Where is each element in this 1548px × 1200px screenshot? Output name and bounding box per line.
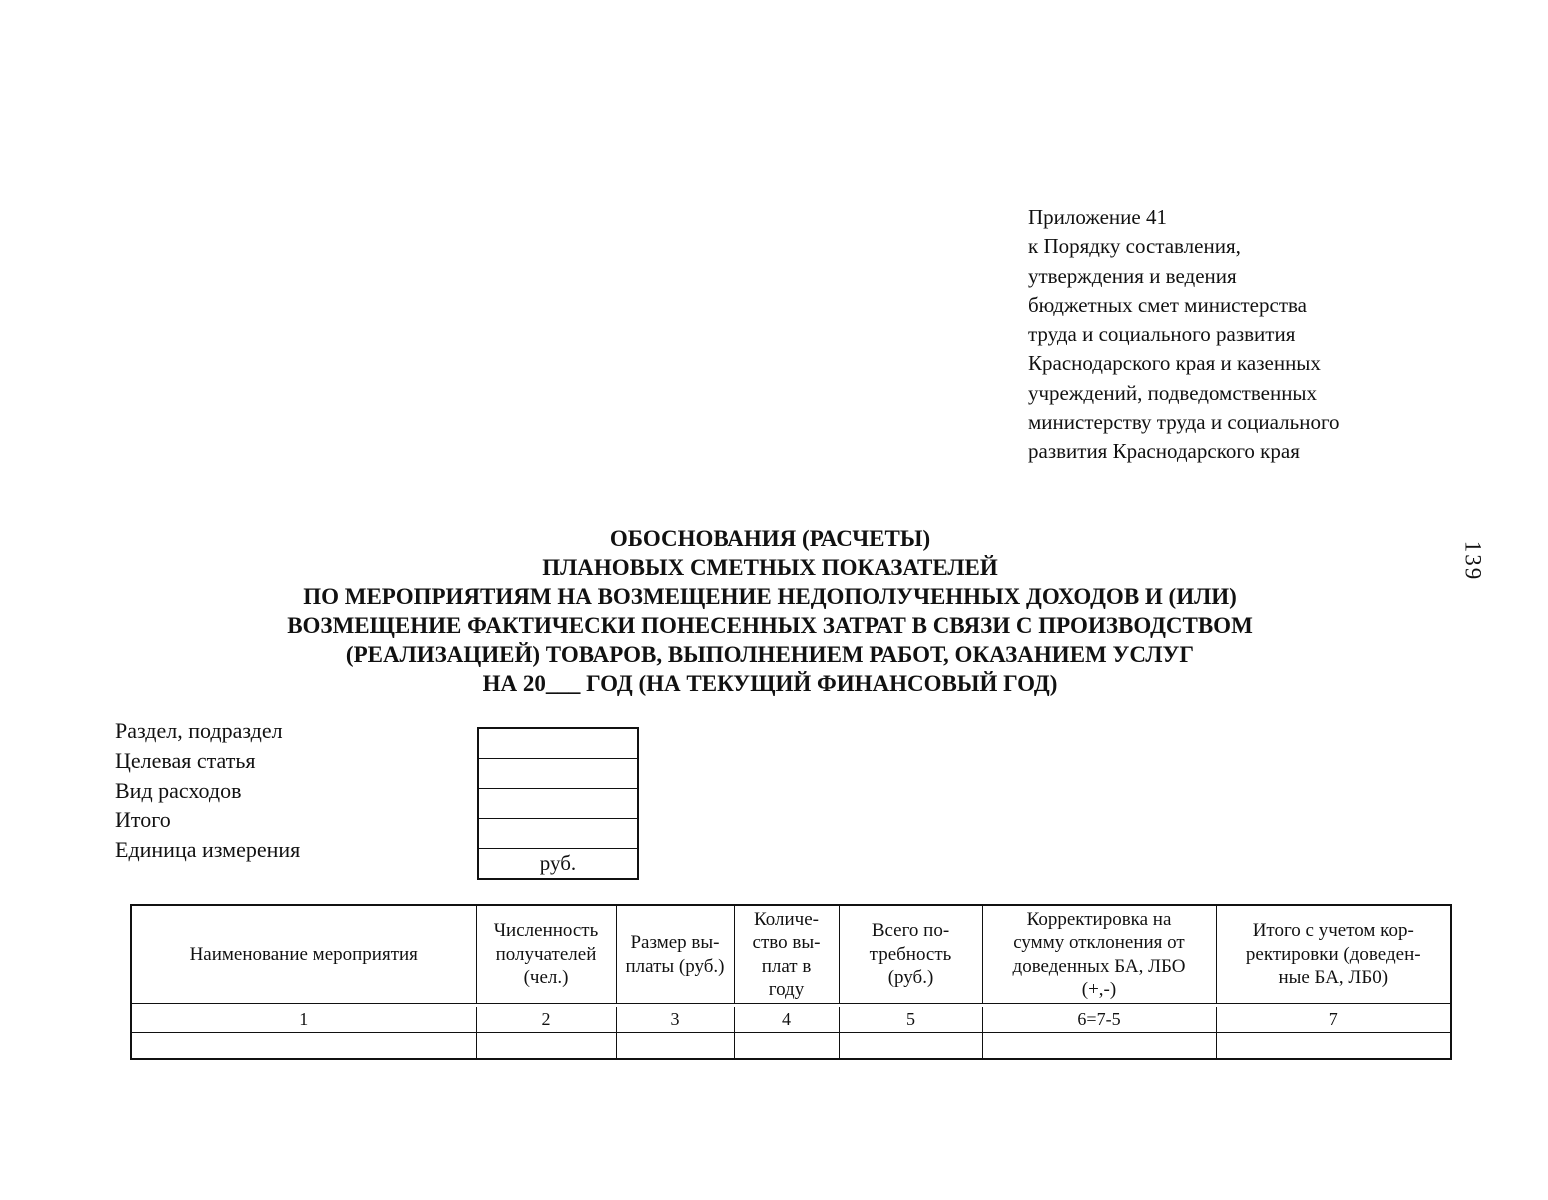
requisite-value-cell-expense-type bbox=[479, 789, 637, 819]
header-cell-event-name: Наименование мероприятия bbox=[132, 906, 476, 1004]
table-body: 1 2 3 4 5 6=7-5 7 bbox=[132, 1007, 1450, 1058]
column-numbers-row: 1 2 3 4 5 6=7-5 7 bbox=[132, 1007, 1450, 1033]
requisites-labels: Раздел, подраздел Целевая статья Вид рас… bbox=[115, 716, 300, 865]
column-number-cell: 7 bbox=[1216, 1007, 1450, 1033]
empty-cell bbox=[982, 1033, 1216, 1059]
page-number: 139 bbox=[1459, 541, 1485, 582]
table-header-row: Наименование мероприятия Численность пол… bbox=[132, 906, 1450, 1004]
column-number-cell: 2 bbox=[476, 1007, 616, 1033]
header-cell-payment-size: Размер вы- платы (руб.) bbox=[616, 906, 734, 1004]
requisite-label-target-article: Целевая статья bbox=[115, 746, 300, 776]
header-cell-recipients-count: Численность получателей (чел.) bbox=[476, 906, 616, 1004]
column-number-cell: 4 bbox=[734, 1007, 839, 1033]
column-number-cell: 3 bbox=[616, 1007, 734, 1033]
appendix-note: Приложение 41 к Порядку составления, утв… bbox=[1028, 203, 1458, 467]
table-header: Наименование мероприятия Численность пол… bbox=[132, 906, 1450, 1004]
header-cell-payments-per-year: Количе- ство вы- плат в году bbox=[734, 906, 839, 1004]
empty-cell bbox=[734, 1033, 839, 1059]
header-cell-correction: Корректировка на сумму отклонения от дов… bbox=[982, 906, 1216, 1004]
requisites-value-box: руб. bbox=[477, 727, 639, 880]
empty-data-row bbox=[132, 1033, 1450, 1059]
column-number-cell: 6=7-5 bbox=[982, 1007, 1216, 1033]
requisite-label-total: Итого bbox=[115, 805, 300, 835]
column-number-cell: 5 bbox=[839, 1007, 982, 1033]
document-page: { "page_number": "139", "appendix_note":… bbox=[0, 0, 1548, 1200]
document-title: ОБОСНОВАНИЯ (РАСЧЕТЫ) ПЛАНОВЫХ СМЕТНЫХ П… bbox=[100, 524, 1440, 698]
requisite-label-unit: Единица измерения bbox=[115, 835, 300, 865]
header-cell-total-with-correction: Итого с учетом кор- ректировки (доведен-… bbox=[1216, 906, 1450, 1004]
empty-cell bbox=[616, 1033, 734, 1059]
empty-cell bbox=[476, 1033, 616, 1059]
empty-cell bbox=[132, 1033, 476, 1059]
empty-cell bbox=[839, 1033, 982, 1059]
requisite-value-cell-total bbox=[479, 819, 637, 849]
main-table: Наименование мероприятия Численность пол… bbox=[130, 904, 1452, 1060]
empty-cell bbox=[1216, 1033, 1450, 1059]
requisite-value-cell-unit: руб. bbox=[479, 849, 637, 878]
requisite-value-cell-section bbox=[479, 729, 637, 759]
requisite-value-cell-target-article bbox=[479, 759, 637, 789]
requisite-label-section: Раздел, подраздел bbox=[115, 716, 300, 746]
requisite-label-expense-type: Вид расходов bbox=[115, 776, 300, 806]
header-cell-total-need: Всего по- требность (руб.) bbox=[839, 906, 982, 1004]
column-number-cell: 1 bbox=[132, 1007, 476, 1033]
